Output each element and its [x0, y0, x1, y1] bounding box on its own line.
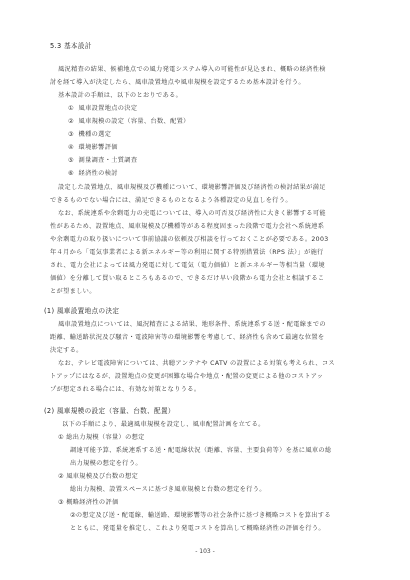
paragraph-line: 決定する。: [50, 346, 83, 355]
page-number: - 103 -: [0, 548, 410, 555]
section-title: 5.3 基本設計: [50, 42, 92, 51]
item-number: ②: [58, 473, 64, 480]
paragraph-line: 設定した設置地点、風車規模及び機種について、環境影響評価及び経済性の検討結果が満…: [58, 183, 326, 192]
step-label: 機種の選定: [79, 131, 112, 138]
paragraph-line: プが想定される場合には、有効な対策となりうる。: [50, 385, 200, 394]
paragraph-line: 以下の手順により、最適風車規模を設定し、風車配置計画を立てる。: [62, 420, 265, 429]
item-title: 概略経済性の評価: [66, 499, 118, 506]
subsection-1-title: (1) 風車設置地点の決定: [44, 307, 119, 316]
step-label: 風車規模の設定（容量、台数、配置）: [79, 118, 190, 125]
intro-line: 基本設計の手順は、以下のとおりである。: [58, 91, 182, 100]
paragraph-line: 年４月から「電気事業者による新エネルギー等の利用に関する特別措置法（RPS 法）…: [50, 248, 324, 257]
paragraph-line: トアップにはなるが、設置地点の変更が困難な場合や地点・配置の変更による他のコスト…: [50, 372, 323, 381]
paragraph-line: 総出力規模、設置スペースに基づき風車規模と台数の想定を行う。: [70, 485, 266, 494]
step-item: ⑥ 経済性の検討: [68, 169, 118, 178]
subsection-2-title: (2) 風車規模の設定（容量、台数、配置）: [44, 407, 175, 416]
step-item: ④ 環境影響評価: [68, 143, 118, 152]
paragraph-line: なお、系統連系や余剰電力の売電については、導入の可否及び経済性に大きく影響する可…: [58, 209, 326, 218]
paragraph-line: なお、テレビ電波障害については、共聴アンテナや CATV の設置による対策も考え…: [58, 359, 335, 368]
paragraph-line: 出力規模の想定を行う。: [70, 459, 142, 468]
paragraph-line: 性があるため、設置地点、風車規模及び機種等がある程度固まった段階で電力会社へ系統…: [50, 222, 324, 231]
item-number: ③: [58, 499, 64, 506]
intro-line: 討を経て導入が決定したら、風車設置地点や風車規模を設定するため基本設計を行う。: [50, 78, 305, 87]
sub-item-title: ③ 概略経済性の評価: [58, 498, 119, 507]
step-number: ⑤: [68, 157, 74, 164]
step-item: ① 風車設置地点の決定: [68, 104, 137, 113]
step-label: 経済性の検討: [79, 170, 118, 177]
sub-item-title: ② 風車規模及び台数の想定: [58, 472, 138, 481]
step-item: ② 風車規模の設定（容量、台数、配置）: [68, 117, 190, 126]
paragraph-line: とともに、発電量を推定し、これより発電コストを算出して概略経済性の評価を行う。: [70, 524, 325, 533]
paragraph-line: 価値）を分離して買い取るところもあるので、できるだけ早い段階から電力会社と相談す…: [50, 274, 324, 283]
intro-line: 風況精査の結果、候補地点での風力発電システム導入の可能性が見込まれ、概略の経済性…: [58, 65, 326, 74]
sub-item-title: ① 総出力規模（容量）の想定: [58, 433, 145, 442]
paragraph-line: 距離、輸送路状況及び騒音・電波障害等の環境影響を考慮して、経済性も含めて最適な位…: [50, 333, 324, 342]
item-title: 総出力規模（容量）の想定: [66, 434, 144, 441]
paragraph-line: 風車設置地点については、風況精査による結果、地形条件、系統連系する送・配電線まで…: [58, 320, 326, 329]
step-item: ③ 機種の選定: [68, 130, 111, 139]
item-title: 風車規模及び台数の想定: [66, 473, 138, 480]
paragraph-line: や余剰電力の取り扱いについて事前協議の依頼及び相談を行っておくことが必要である。…: [50, 235, 329, 244]
paragraph-line: とが望ましい。: [50, 287, 96, 296]
step-number: ②: [68, 118, 74, 125]
step-label: 環境影響評価: [79, 144, 118, 151]
step-label: 風車設置地点の決定: [79, 105, 138, 112]
paragraph-line: 調達可能予算、系統連系する送・配電線状況（距離、容量、主要負荷等）を基に風車の総: [70, 446, 332, 455]
paragraph-line: ②の想定及び送・配電線、輸送路、環境影響等の社会条件に基づき概略コストを算出する: [70, 511, 331, 520]
step-number: ③: [68, 131, 74, 138]
paragraph-line: され、電力会社によっては風力発電に対して電気（電力価値）と新エネルギー等相当量（…: [50, 261, 325, 270]
step-number: ⑥: [68, 170, 74, 177]
paragraph-line: できるものでない場合には、満足できるものとなるよう各種設定の見直しを行う。: [50, 196, 292, 205]
step-number: ①: [68, 105, 74, 112]
document-page: 5.3 基本設計 風況精査の結果、候補地点での風力発電システム導入の可能性が見込…: [0, 0, 410, 580]
step-item: ⑤ 測量調査・土質調査: [68, 156, 137, 165]
step-label: 測量調査・土質調査: [79, 157, 138, 164]
item-number: ①: [58, 434, 64, 441]
step-number: ④: [68, 144, 74, 151]
